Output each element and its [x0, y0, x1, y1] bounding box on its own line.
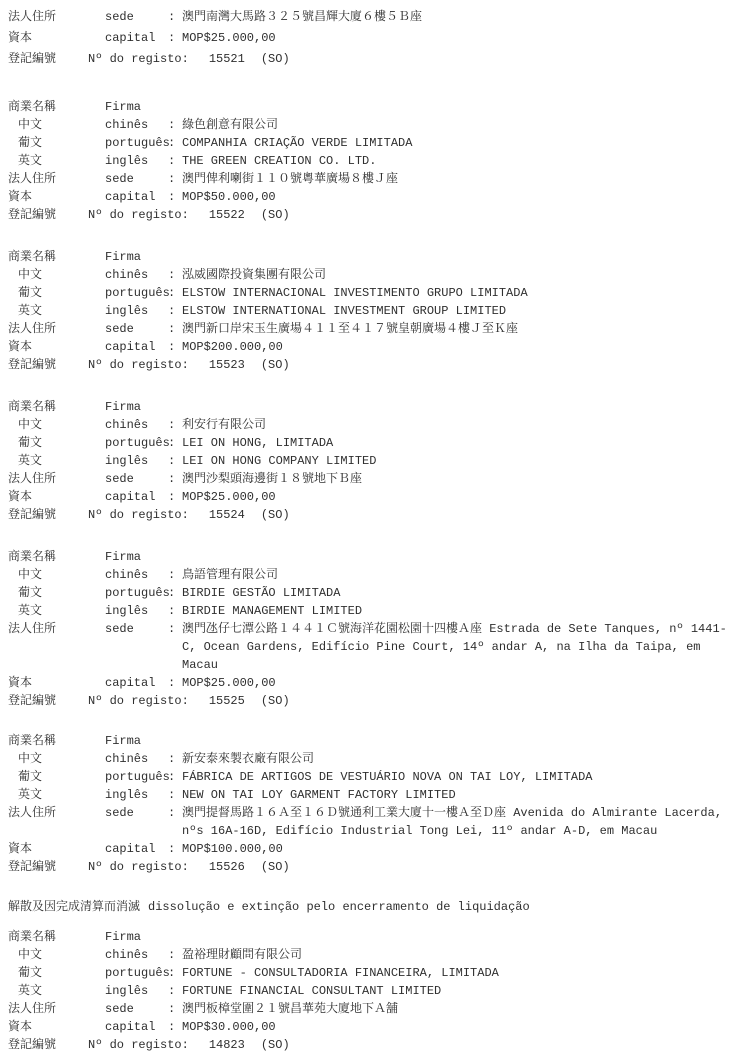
registo-suffix: (SO) — [261, 50, 290, 68]
label-sede-zh: 法人住所 — [8, 320, 105, 338]
registo-number: 15525 — [209, 692, 245, 710]
label-sede-zh: 法人住所 — [8, 170, 105, 188]
label-portuguese-pt: português — [105, 768, 168, 786]
section-heading-chinese: 解散及因完成清算而消滅 — [8, 900, 140, 914]
company-name-chinese: 綠色創意有限公司 — [182, 116, 733, 134]
company-address: 澳門新口岸宋玉生廣場４１１至４１７號皇朝廣場４樓Ｊ至Ｋ座 — [182, 320, 733, 338]
label-portuguese-pt: português — [105, 134, 168, 152]
name-en-row: 英文 inglês : BIRDIE MANAGEMENT LIMITED — [8, 602, 733, 620]
colon: : — [168, 488, 182, 506]
colon: : — [168, 602, 182, 620]
capital-value-cell: : MOP$50.000,00 — [168, 188, 733, 206]
name-zh-value-cell: : 盈裕理財顧問有限公司 — [168, 946, 733, 964]
company-record: 商業名稱 Firma 中文 chinês : 綠色創意有限公司 葡文 portu… — [8, 98, 733, 224]
colon: : — [168, 116, 182, 134]
label-capital-pt: capital — [105, 188, 168, 206]
label-chinese-pt: chinês — [105, 116, 168, 134]
company-record: 商業名稱 Firma 中文 chinês : 鳥語管理有限公司 葡文 portu… — [8, 548, 733, 710]
registo-suffix: (SO) — [261, 506, 290, 524]
registo-row: 登記編號 Nº do registo: 15525 (SO) — [8, 692, 733, 710]
colon: : — [168, 804, 182, 840]
sede-row: 法人住所 sede : 澳門板樟堂圍２１號昌華苑大廈地下Ａ舖 — [8, 1000, 733, 1018]
colon: : — [168, 338, 182, 356]
label-portuguese-zh: 葡文 — [8, 134, 105, 152]
company-name-english: BIRDIE MANAGEMENT LIMITED — [182, 602, 733, 620]
company-address: 澳門沙梨頭海邊街１８號地下Ｂ座 — [182, 470, 733, 488]
registo-number: 15526 — [209, 858, 245, 876]
label-english-pt: inglês — [105, 982, 168, 1000]
colon: : — [168, 188, 182, 206]
sede-row: 法人住所 sede : 澳門南灣大馬路３２５號昌輝大廈６樓５Ｂ座 — [8, 8, 733, 26]
name-en-value-cell: : THE GREEN CREATION CO. LTD. — [168, 152, 733, 170]
colon: : — [168, 674, 182, 692]
company-name-chinese: 盈裕理財顧問有限公司 — [182, 946, 733, 964]
registo-row: 登記編號 Nº do registo: 15522 (SO) — [8, 206, 733, 224]
colon: : — [168, 584, 182, 602]
registo-number: 15523 — [209, 356, 245, 374]
label-capital-pt: capital — [105, 840, 168, 858]
name-pt-value-cell: : COMPANHIA CRIAÇÃO VERDE LIMITADA — [168, 134, 733, 152]
label-portuguese-zh: 葡文 — [8, 964, 105, 982]
sede-value-cell: : 澳門提督馬路１６Ａ至１６Ｄ號通利工業大廈十一樓Ａ至Ｄ座 Avenida do… — [168, 804, 733, 840]
label-firma-zh: 商業名稱 — [8, 732, 105, 750]
label-chinese-pt: chinês — [105, 946, 168, 964]
name-zh-row: 中文 chinês : 新安泰來製衣廠有限公司 — [8, 750, 733, 768]
label-firma-zh: 商業名稱 — [8, 98, 105, 116]
company-name-english: THE GREEN CREATION CO. LTD. — [182, 152, 733, 170]
capital-row: 資本 capital : MOP$25.000,00 — [8, 674, 733, 692]
firma-row: 商業名稱 Firma — [8, 98, 733, 116]
label-english-pt: inglês — [105, 602, 168, 620]
label-capital-pt: capital — [105, 29, 168, 47]
company-record-partial: 法人住所 sede : 澳門南灣大馬路３２５號昌輝大廈６樓５Ｂ座 資本 capi… — [8, 8, 733, 68]
name-en-row: 英文 inglês : THE GREEN CREATION CO. LTD. — [8, 152, 733, 170]
colon: : — [168, 768, 182, 786]
company-address: 澳門板樟堂圍２１號昌華苑大廈地下Ａ舖 — [182, 1000, 733, 1018]
company-capital: MOP$25.000,00 — [182, 674, 733, 692]
company-capital: MOP$200.000,00 — [182, 338, 733, 356]
name-zh-row: 中文 chinês : 盈裕理財顧問有限公司 — [8, 946, 733, 964]
label-registo-zh: 登記編號 — [8, 858, 88, 876]
name-pt-row: 葡文 português : FORTUNE - CONSULTADORIA F… — [8, 964, 733, 982]
capital-value-cell: : MOP$100.000,00 — [168, 840, 733, 858]
name-pt-row: 葡文 português : LEI ON HONG, LIMITADA — [8, 434, 733, 452]
colon: : — [168, 982, 182, 1000]
label-chinese-zh: 中文 — [8, 116, 105, 134]
label-registo-pt: Nº do registo: — [88, 1036, 189, 1054]
name-pt-row: 葡文 português : FÁBRICA DE ARTIGOS DE VES… — [8, 768, 733, 786]
label-firma-zh: 商業名稱 — [8, 548, 105, 566]
company-name-english: FORTUNE FINANCIAL CONSULTANT LIMITED — [182, 982, 733, 1000]
company-name-english: LEI ON HONG COMPANY LIMITED — [182, 452, 733, 470]
capital-row: 資本 capital : MOP$30.000,00 — [8, 1018, 733, 1036]
label-english-zh: 英文 — [8, 602, 105, 620]
registo-suffix: (SO) — [261, 1036, 290, 1054]
label-english-pt: inglês — [105, 452, 168, 470]
colon: : — [168, 452, 182, 470]
name-pt-value-cell: : FORTUNE - CONSULTADORIA FINANCEIRA, LI… — [168, 964, 733, 982]
label-registo-pt: Nº do registo: — [88, 506, 189, 524]
label-registo-pt: Nº do registo: — [88, 356, 189, 374]
label-firma-pt: Firma — [105, 398, 168, 416]
colon: : — [168, 1000, 182, 1018]
firma-row: 商業名稱 Firma — [8, 548, 733, 566]
label-capital-zh: 資本 — [8, 188, 105, 206]
label-sede-zh: 法人住所 — [8, 620, 105, 638]
company-name-chinese: 新安泰來製衣廠有限公司 — [182, 750, 733, 768]
colon: : — [168, 320, 182, 338]
colon: : — [168, 840, 182, 858]
company-name-english: NEW ON TAI LOY GARMENT FACTORY LIMITED — [182, 786, 733, 804]
sede-value-cell: : 澳門新口岸宋玉生廣場４１１至４１７號皇朝廣場４樓Ｊ至Ｋ座 — [168, 320, 733, 338]
label-portuguese-zh: 葡文 — [8, 768, 105, 786]
sede-value-cell: : 澳門沙梨頭海邊街１８號地下Ｂ座 — [168, 470, 733, 488]
label-registo-zh: 登記編號 — [8, 356, 88, 374]
label-capital-pt: capital — [105, 674, 168, 692]
colon: : — [168, 8, 182, 26]
colon: : — [168, 170, 182, 188]
label-capital-pt: capital — [105, 488, 168, 506]
capital-value-cell: : MOP$200.000,00 — [168, 338, 733, 356]
colon: : — [168, 750, 182, 768]
section-heading: 解散及因完成清算而消滅dissolução e extinção pelo en… — [8, 898, 733, 916]
label-firma-zh: 商業名稱 — [8, 248, 105, 266]
label-english-zh: 英文 — [8, 152, 105, 170]
sede-row: 法人住所 sede : 澳門新口岸宋玉生廣場４１１至４１７號皇朝廣場４樓Ｊ至Ｋ座 — [8, 320, 733, 338]
label-registo-zh: 登記編號 — [8, 692, 88, 710]
company-name-portuguese: FORTUNE - CONSULTADORIA FINANCEIRA, LIMI… — [182, 964, 733, 982]
label-sede-zh: 法人住所 — [8, 804, 105, 822]
colon: : — [168, 152, 182, 170]
colon: : — [168, 134, 182, 152]
label-english-pt: inglês — [105, 152, 168, 170]
capital-value-cell: : MOP$25.000,00 — [168, 488, 733, 506]
name-en-row: 英文 inglês : LEI ON HONG COMPANY LIMITED — [8, 452, 733, 470]
label-english-pt: inglês — [105, 302, 168, 320]
name-en-row: 英文 inglês : ELSTOW INTERNATIONAL INVESTM… — [8, 302, 733, 320]
colon: : — [168, 266, 182, 284]
label-capital-pt: capital — [105, 1018, 168, 1036]
colon: : — [168, 786, 182, 804]
registo-number: 15524 — [209, 506, 245, 524]
colon: : — [168, 416, 182, 434]
label-chinese-zh: 中文 — [8, 416, 105, 434]
label-capital-zh: 資本 — [8, 488, 105, 506]
label-registo-zh: 登記編號 — [8, 206, 88, 224]
colon: : — [168, 1018, 182, 1036]
label-chinese-pt: chinês — [105, 750, 168, 768]
label-registo-zh: 登記編號 — [8, 50, 88, 68]
company-capital: MOP$100.000,00 — [182, 840, 733, 858]
label-sede-pt: sede — [105, 320, 168, 338]
company-name-portuguese: ELSTOW INTERNACIONAL INVESTIMENTO GRUPO … — [182, 284, 733, 302]
name-zh-row: 中文 chinês : 鳥語管理有限公司 — [8, 566, 733, 584]
sede-row: 法人住所 sede : 澳門提督馬路１６Ａ至１６Ｄ號通利工業大廈十一樓Ａ至Ｄ座 … — [8, 804, 733, 840]
company-name-chinese: 利安行有限公司 — [182, 416, 733, 434]
label-chinese-zh: 中文 — [8, 566, 105, 584]
label-sede-pt: sede — [105, 804, 168, 822]
label-registo-pt: Nº do registo: — [88, 858, 189, 876]
label-english-zh: 英文 — [8, 786, 105, 804]
sede-row: 法人住所 sede : 澳門氹仔七潭公路１４４１Ｃ號海洋花園松園十四樓Ａ座 Es… — [8, 620, 733, 674]
label-sede-pt: sede — [105, 8, 168, 26]
colon: : — [168, 620, 182, 674]
registo-suffix: (SO) — [261, 692, 290, 710]
label-capital-zh: 資本 — [8, 674, 105, 692]
capital-value-cell: : MOP$30.000,00 — [168, 1018, 733, 1036]
registo-suffix: (SO) — [261, 858, 290, 876]
name-zh-value-cell: : 鳥語管理有限公司 — [168, 566, 733, 584]
name-pt-value-cell: : LEI ON HONG, LIMITADA — [168, 434, 733, 452]
label-registo-zh: 登記編號 — [8, 506, 88, 524]
name-pt-value-cell: : ELSTOW INTERNACIONAL INVESTIMENTO GRUP… — [168, 284, 733, 302]
company-record: 商業名稱 Firma 中文 chinês : 新安泰來製衣廠有限公司 葡文 po… — [8, 732, 733, 876]
label-english-zh: 英文 — [8, 982, 105, 1000]
label-portuguese-pt: português — [105, 284, 168, 302]
label-firma-zh: 商業名稱 — [8, 398, 105, 416]
label-chinese-pt: chinês — [105, 416, 168, 434]
company-name-english: ELSTOW INTERNATIONAL INVESTMENT GROUP LI… — [182, 302, 733, 320]
capital-row: 資本 capital : MOP$25.000,00 — [8, 29, 733, 47]
label-registo-pt: Nº do registo: — [88, 692, 189, 710]
label-firma-pt: Firma — [105, 548, 168, 566]
company-address: 澳門俾利喇街１１０號粵華廣場８樓Ｊ座 — [182, 170, 733, 188]
capital-row: 資本 capital : MOP$25.000,00 — [8, 488, 733, 506]
label-sede-pt: sede — [105, 620, 168, 638]
label-registo-zh: 登記編號 — [8, 1036, 88, 1054]
label-sede-zh: 法人住所 — [8, 8, 105, 26]
firma-row: 商業名稱 Firma — [8, 732, 733, 750]
label-chinese-zh: 中文 — [8, 266, 105, 284]
name-pt-row: 葡文 português : COMPANHIA CRIAÇÃO VERDE L… — [8, 134, 733, 152]
sede-row: 法人住所 sede : 澳門沙梨頭海邊街１８號地下Ｂ座 — [8, 470, 733, 488]
label-sede-pt: sede — [105, 1000, 168, 1018]
sede-row: 法人住所 sede : 澳門俾利喇街１１０號粵華廣場８樓Ｊ座 — [8, 170, 733, 188]
registo-suffix: (SO) — [261, 356, 290, 374]
name-pt-row: 葡文 português : ELSTOW INTERNACIONAL INVE… — [8, 284, 733, 302]
label-portuguese-zh: 葡文 — [8, 284, 105, 302]
name-zh-row: 中文 chinês : 利安行有限公司 — [8, 416, 733, 434]
colon: : — [168, 29, 182, 47]
colon: : — [168, 946, 182, 964]
company-address: 澳門提督馬路１６Ａ至１６Ｄ號通利工業大廈十一樓Ａ至Ｄ座 Avenida do A… — [182, 804, 733, 840]
label-capital-zh: 資本 — [8, 1018, 105, 1036]
capital-row: 資本 capital : MOP$50.000,00 — [8, 188, 733, 206]
sede-value-cell: : 澳門俾利喇街１１０號粵華廣場８樓Ｊ座 — [168, 170, 733, 188]
name-zh-row: 中文 chinês : 綠色創意有限公司 — [8, 116, 733, 134]
label-registo-pt: Nº do registo: — [88, 50, 189, 68]
name-en-value-cell: : ELSTOW INTERNATIONAL INVESTMENT GROUP … — [168, 302, 733, 320]
company-record: 商業名稱 Firma 中文 chinês : 利安行有限公司 葡文 portug… — [8, 398, 733, 524]
label-sede-zh: 法人住所 — [8, 1000, 105, 1018]
label-sede-zh: 法人住所 — [8, 470, 105, 488]
label-capital-zh: 資本 — [8, 840, 105, 858]
name-en-value-cell: : LEI ON HONG COMPANY LIMITED — [168, 452, 733, 470]
registo-row: 登記編號 Nº do registo: 15523 (SO) — [8, 356, 733, 374]
colon: : — [168, 566, 182, 584]
name-en-row: 英文 inglês : FORTUNE FINANCIAL CONSULTANT… — [8, 982, 733, 1000]
firma-row: 商業名稱 Firma — [8, 248, 733, 266]
label-portuguese-zh: 葡文 — [8, 434, 105, 452]
name-pt-value-cell: : BIRDIE GESTÃO LIMITADA — [168, 584, 733, 602]
name-en-value-cell: : BIRDIE MANAGEMENT LIMITED — [168, 602, 733, 620]
label-portuguese-pt: português — [105, 584, 168, 602]
label-registo-pt: Nº do registo: — [88, 206, 189, 224]
label-sede-pt: sede — [105, 470, 168, 488]
sede-value-cell: : 澳門南灣大馬路３２５號昌輝大廈６樓５Ｂ座 — [168, 8, 733, 26]
label-firma-zh: 商業名稱 — [8, 928, 105, 946]
label-sede-pt: sede — [105, 170, 168, 188]
name-en-value-cell: : NEW ON TAI LOY GARMENT FACTORY LIMITED — [168, 786, 733, 804]
registo-row: 登記編號 Nº do registo: 14823 (SO) — [8, 1036, 733, 1054]
label-portuguese-zh: 葡文 — [8, 584, 105, 602]
label-english-zh: 英文 — [8, 302, 105, 320]
name-zh-row: 中文 chinês : 泓威國際投資集團有限公司 — [8, 266, 733, 284]
label-firma-pt: Firma — [105, 98, 168, 116]
label-chinese-pt: chinês — [105, 266, 168, 284]
firma-row: 商業名稱 Firma — [8, 398, 733, 416]
capital-row: 資本 capital : MOP$200.000,00 — [8, 338, 733, 356]
section-heading-portuguese: dissolução e extinção pelo encerramento … — [148, 900, 530, 914]
company-record-dissolved: 商業名稱 Firma 中文 chinês : 盈裕理財顧問有限公司 葡文 por… — [8, 928, 733, 1054]
company-address: 澳門氹仔七潭公路１４４１Ｃ號海洋花園松園十四樓Ａ座 Estrada de Set… — [182, 620, 733, 674]
registo-number: 14823 — [209, 1036, 245, 1054]
company-name-portuguese: BIRDIE GESTÃO LIMITADA — [182, 584, 733, 602]
company-capital: MOP$30.000,00 — [182, 1018, 733, 1036]
firma-row: 商業名稱 Firma — [8, 928, 733, 946]
name-en-value-cell: : FORTUNE FINANCIAL CONSULTANT LIMITED — [168, 982, 733, 1000]
registo-row: 登記編號 Nº do registo: 15526 (SO) — [8, 858, 733, 876]
company-address: 澳門南灣大馬路３２５號昌輝大廈６樓５Ｂ座 — [182, 8, 733, 26]
label-chinese-zh: 中文 — [8, 750, 105, 768]
company-name-chinese: 泓威國際投資集團有限公司 — [182, 266, 733, 284]
label-firma-pt: Firma — [105, 928, 168, 946]
name-en-row: 英文 inglês : NEW ON TAI LOY GARMENT FACTO… — [8, 786, 733, 804]
label-chinese-zh: 中文 — [8, 946, 105, 964]
company-capital: MOP$25.000,00 — [182, 488, 733, 506]
label-capital-zh: 資本 — [8, 338, 105, 356]
sede-value-cell: : 澳門板樟堂圍２１號昌華苑大廈地下Ａ舖 — [168, 1000, 733, 1018]
colon: : — [168, 470, 182, 488]
label-portuguese-pt: português — [105, 434, 168, 452]
registo-row: 登記編號 Nº do registo: 15521 (SO) — [8, 50, 733, 68]
capital-value-cell: : MOP$25.000,00 — [168, 29, 733, 47]
company-name-portuguese: LEI ON HONG, LIMITADA — [182, 434, 733, 452]
capital-value-cell: : MOP$25.000,00 — [168, 674, 733, 692]
name-zh-value-cell: : 泓威國際投資集團有限公司 — [168, 266, 733, 284]
label-capital-pt: capital — [105, 338, 168, 356]
company-name-chinese: 鳥語管理有限公司 — [182, 566, 733, 584]
registo-number: 15522 — [209, 206, 245, 224]
label-capital-zh: 資本 — [8, 29, 105, 47]
label-portuguese-pt: português — [105, 964, 168, 982]
colon: : — [168, 284, 182, 302]
capital-row: 資本 capital : MOP$100.000,00 — [8, 840, 733, 858]
registo-row: 登記編號 Nº do registo: 15524 (SO) — [8, 506, 733, 524]
company-name-portuguese: FÁBRICA DE ARTIGOS DE VESTUÁRIO NOVA ON … — [182, 768, 733, 786]
name-zh-value-cell: : 利安行有限公司 — [168, 416, 733, 434]
company-capital: MOP$50.000,00 — [182, 188, 733, 206]
company-name-portuguese: COMPANHIA CRIAÇÃO VERDE LIMITADA — [182, 134, 733, 152]
registo-number: 15521 — [209, 50, 245, 68]
name-zh-value-cell: : 新安泰來製衣廠有限公司 — [168, 750, 733, 768]
company-record: 商業名稱 Firma 中文 chinês : 泓威國際投資集團有限公司 葡文 p… — [8, 248, 733, 374]
registo-suffix: (SO) — [261, 206, 290, 224]
label-chinese-pt: chinês — [105, 566, 168, 584]
name-pt-row: 葡文 português : BIRDIE GESTÃO LIMITADA — [8, 584, 733, 602]
name-pt-value-cell: : FÁBRICA DE ARTIGOS DE VESTUÁRIO NOVA O… — [168, 768, 733, 786]
label-firma-pt: Firma — [105, 732, 168, 750]
label-english-zh: 英文 — [8, 452, 105, 470]
colon: : — [168, 964, 182, 982]
colon: : — [168, 434, 182, 452]
colon: : — [168, 302, 182, 320]
sede-value-cell: : 澳門氹仔七潭公路１４４１Ｃ號海洋花園松園十四樓Ａ座 Estrada de S… — [168, 620, 733, 674]
name-zh-value-cell: : 綠色創意有限公司 — [168, 116, 733, 134]
label-firma-pt: Firma — [105, 248, 168, 266]
company-capital: MOP$25.000,00 — [182, 29, 733, 47]
label-english-pt: inglês — [105, 786, 168, 804]
